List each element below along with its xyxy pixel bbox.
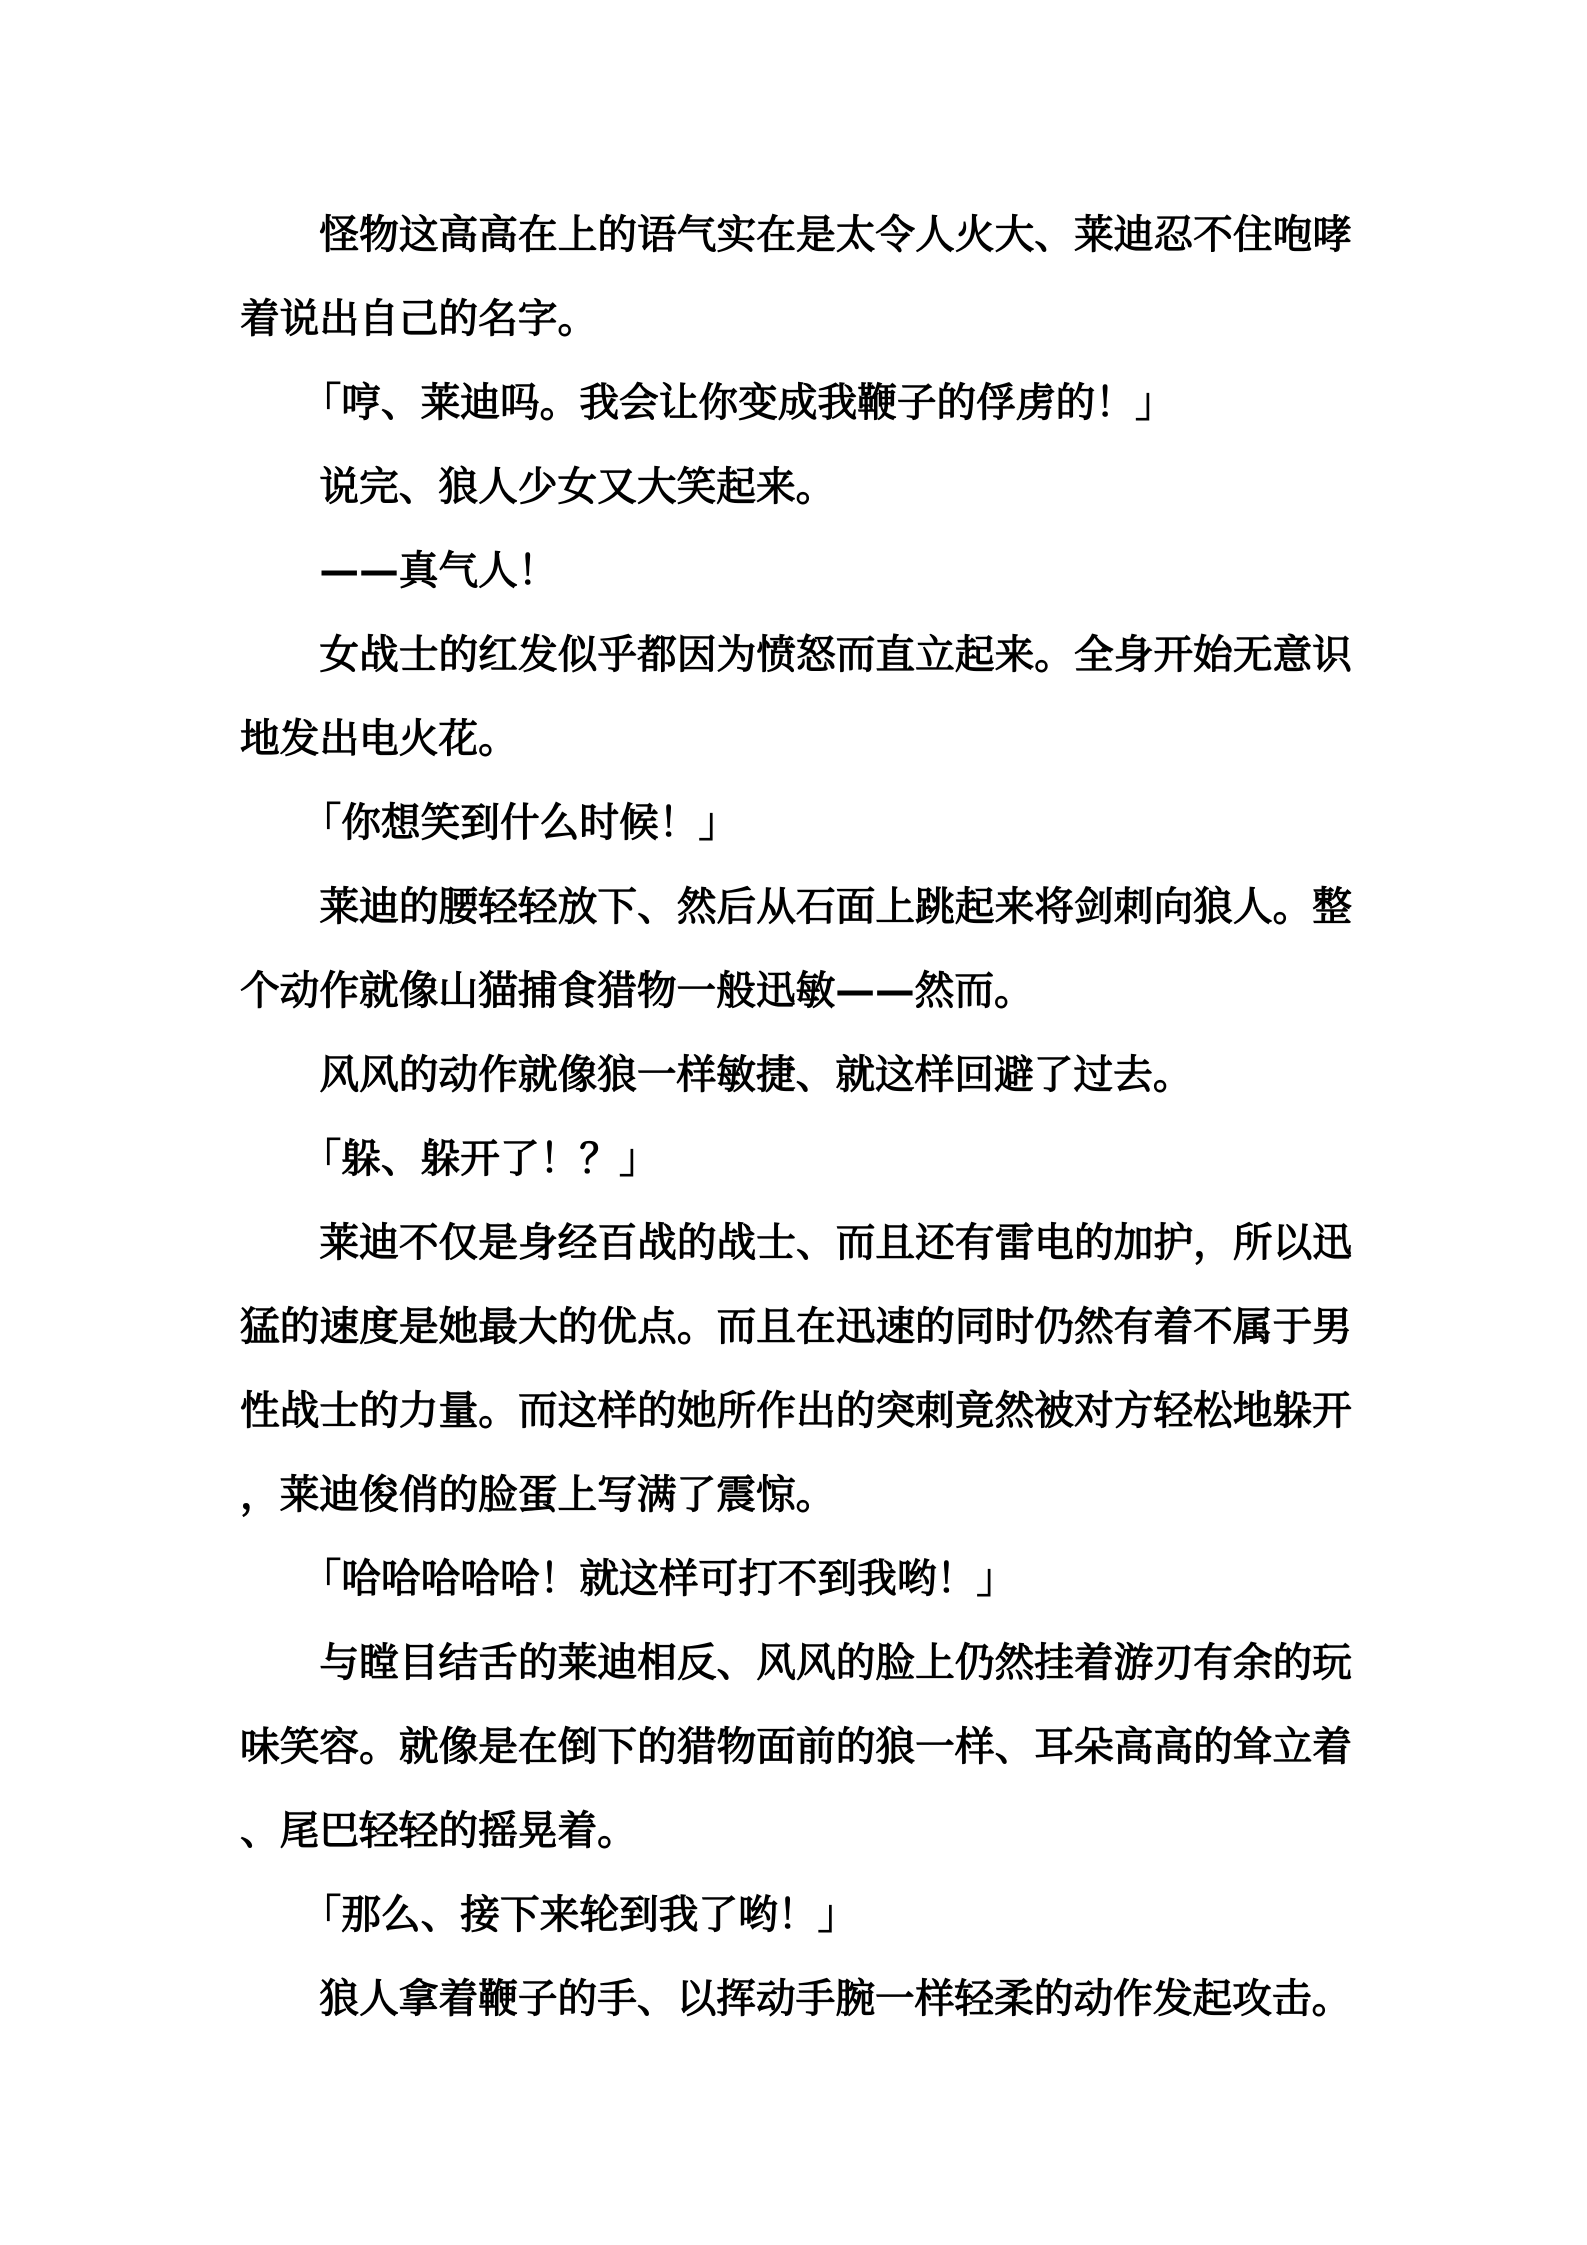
paragraph-narration: 莱迪不仅是身经百战的战士、而且还有雷电的加护，所以迅猛的速度是她最大的优点。而且… <box>240 1201 1352 1537</box>
paragraph-dialogue: 「你想笑到什么时候！」 <box>240 781 1352 865</box>
paragraph-narration: 狼人拿着鞭子的手、以挥动手腕一样轻柔的动作发起攻击。 <box>240 1957 1352 2041</box>
paragraph-narration: 说完、狼人少女又大笑起来。 <box>240 445 1352 529</box>
paragraph-dialogue: 「哼、莱迪吗。我会让你变成我鞭子的俘虏的！」 <box>240 361 1352 445</box>
paragraph-narration: 与瞠目结舌的莱迪相反、风风的脸上仍然挂着游刃有余的玩味笑容。就像是在倒下的猎物面… <box>240 1621 1352 1873</box>
paragraph-narration: ——真气人！ <box>240 529 1352 613</box>
paragraph-narration: 怪物这高高在上的语气实在是太令人火大、莱迪忍不住咆哮着说出自己的名字。 <box>240 193 1352 361</box>
paragraph-dialogue: 「那么、接下来轮到我了哟！」 <box>240 1873 1352 1957</box>
paragraph-dialogue: 「躲、躲开了！？」 <box>240 1117 1352 1201</box>
document-page: 怪物这高高在上的语气实在是太令人火大、莱迪忍不住咆哮着说出自己的名字。 「哼、莱… <box>240 193 1352 2041</box>
paragraph-dialogue: 「哈哈哈哈哈！就这样可打不到我哟！」 <box>240 1537 1352 1621</box>
paragraph-narration: 风风的动作就像狼一样敏捷、就这样回避了过去。 <box>240 1033 1352 1117</box>
paragraph-narration: 莱迪的腰轻轻放下、然后从石面上跳起来将剑刺向狼人。整个动作就像山猫捕食猎物一般迅… <box>240 865 1352 1033</box>
paragraph-narration: 女战士的红发似乎都因为愤怒而直立起来。全身开始无意识地发出电火花。 <box>240 613 1352 781</box>
